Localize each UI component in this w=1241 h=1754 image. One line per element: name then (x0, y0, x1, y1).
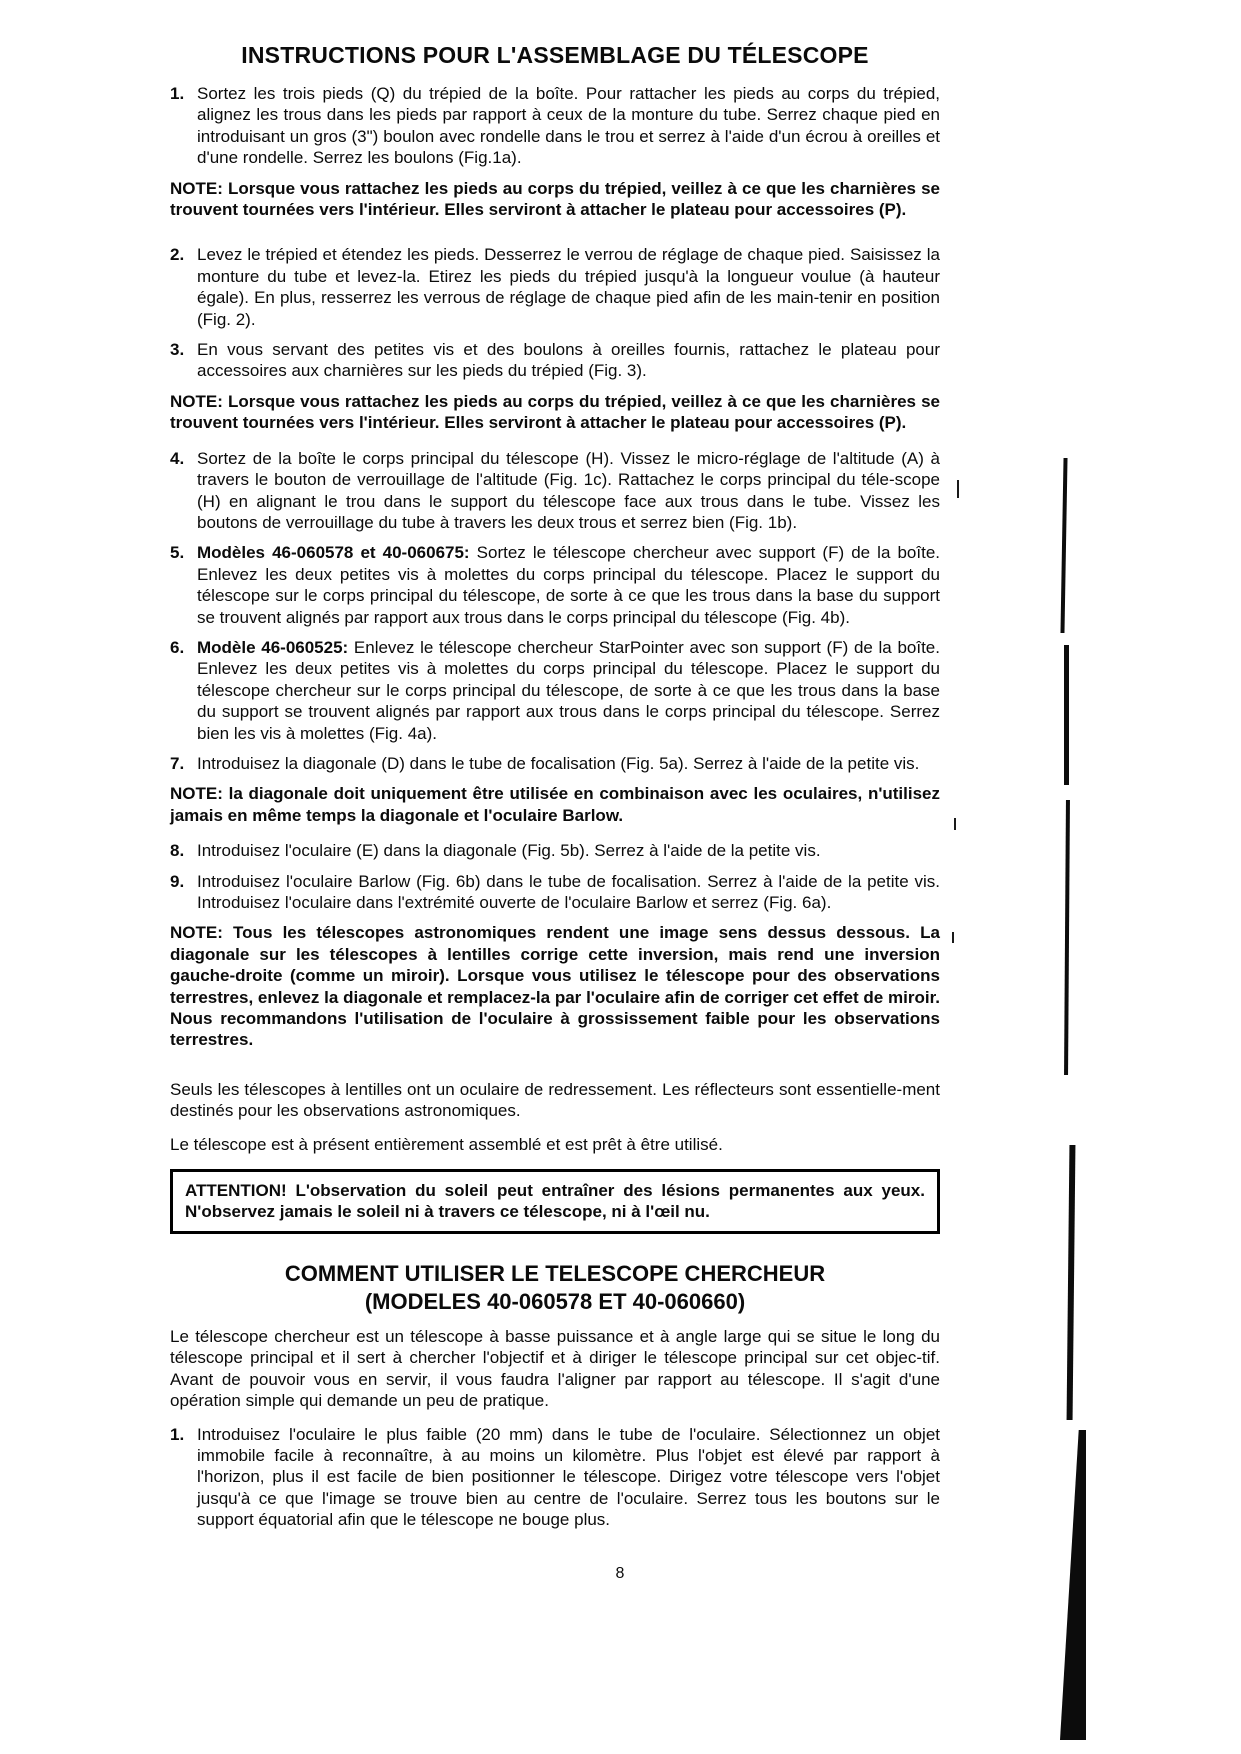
scan-speck (954, 818, 956, 830)
assembly-step-8: 8. Introduisez l'oculaire (E) dans la di… (170, 840, 940, 861)
step-text: Introduisez la diagonale (D) dans le tub… (197, 753, 940, 774)
assembly-step-7: 7. Introduisez la diagonale (D) dans le … (170, 753, 940, 774)
step-text: Sortez les trois pieds (Q) du trépied de… (197, 83, 940, 169)
step-number: 5. (170, 542, 197, 628)
step-text: Introduisez l'oculaire Barlow (Fig. 6b) … (197, 871, 940, 914)
section-heading: COMMENT UTILISER LE TELESCOPE CHERCHEUR … (170, 1260, 940, 1316)
warning-box: ATTENTION! L'observation du soleil peut … (170, 1169, 940, 1234)
model-numbers-lead: Modèles 46-060578 et 40-060675: (197, 543, 470, 562)
note-paragraph: NOTE: Lorsque vous rattachez les pieds a… (170, 178, 940, 221)
page-number: 8 (170, 1565, 940, 1583)
step-number: 1. (170, 1424, 197, 1531)
body-paragraph: Seuls les télescopes à lentilles ont un … (170, 1079, 940, 1122)
assembly-step-4: 4. Sortez de la boîte le corps principal… (170, 448, 940, 534)
note-paragraph: NOTE: la diagonale doit uniquement être … (170, 783, 940, 826)
scan-edge-artifact (1064, 800, 1070, 1075)
scanned-page: INSTRUCTIONS POUR L'ASSEMBLAGE DU TÉLESC… (170, 42, 940, 1583)
scan-edge-artifact (1060, 1430, 1086, 1740)
step-number: 3. (170, 339, 197, 382)
page-title: INSTRUCTIONS POUR L'ASSEMBLAGE DU TÉLESC… (170, 42, 940, 69)
step-text: Sortez de la boîte le corps principal du… (197, 448, 940, 534)
section-heading-line2: (MODELES 40-060578 ET 40-060660) (170, 1288, 940, 1316)
finder-step-1: 1. Introduisez l'oculaire le plus faible… (170, 1424, 940, 1531)
step-text: Introduisez l'oculaire (E) dans la diago… (197, 840, 940, 861)
assembly-step-9: 9. Introduisez l'oculaire Barlow (Fig. 6… (170, 871, 940, 914)
step-number: 9. (170, 871, 197, 914)
assembly-step-5: 5. Modèles 46-060578 et 40-060675: Sorte… (170, 542, 940, 628)
body-paragraph: Le télescope est à présent entièrement a… (170, 1134, 940, 1155)
assembly-step-1: 1. Sortez les trois pieds (Q) du trépied… (170, 83, 940, 169)
assembly-step-3: 3. En vous servant des petites vis et de… (170, 339, 940, 382)
step-number: 8. (170, 840, 197, 861)
step-number: 6. (170, 637, 197, 744)
step-text: Modèles 46-060578 et 40-060675: Sortez l… (197, 542, 940, 628)
step-text: Introduisez l'oculaire le plus faible (2… (197, 1424, 940, 1531)
note-paragraph: NOTE: Lorsque vous rattachez les pieds a… (170, 391, 940, 434)
step-number: 4. (170, 448, 197, 534)
step-number: 2. (170, 244, 197, 330)
assembly-step-6: 6. Modèle 46-060525: Enlevez le télescop… (170, 637, 940, 744)
step-text: Levez le trépied et étendez les pieds. D… (197, 244, 940, 330)
scan-edge-artifact (1060, 458, 1067, 633)
step-number: 1. (170, 83, 197, 169)
note-paragraph: NOTE: Tous les télescopes astronomiques … (170, 922, 940, 1050)
section-heading-line1: COMMENT UTILISER LE TELESCOPE CHERCHEUR (170, 1260, 940, 1288)
scan-speck (957, 480, 959, 498)
body-paragraph: Le télescope chercheur est un télescope … (170, 1326, 940, 1412)
scan-edge-artifact (1064, 645, 1069, 785)
scan-edge-artifact (1067, 1145, 1076, 1420)
step-number: 7. (170, 753, 197, 774)
model-numbers-lead: Modèle 46-060525: (197, 638, 348, 657)
scan-speck (952, 932, 954, 943)
step-text: Modèle 46-060525: Enlevez le télescope c… (197, 637, 940, 744)
assembly-step-2: 2. Levez le trépied et étendez les pieds… (170, 244, 940, 330)
step-text: En vous servant des petites vis et des b… (197, 339, 940, 382)
